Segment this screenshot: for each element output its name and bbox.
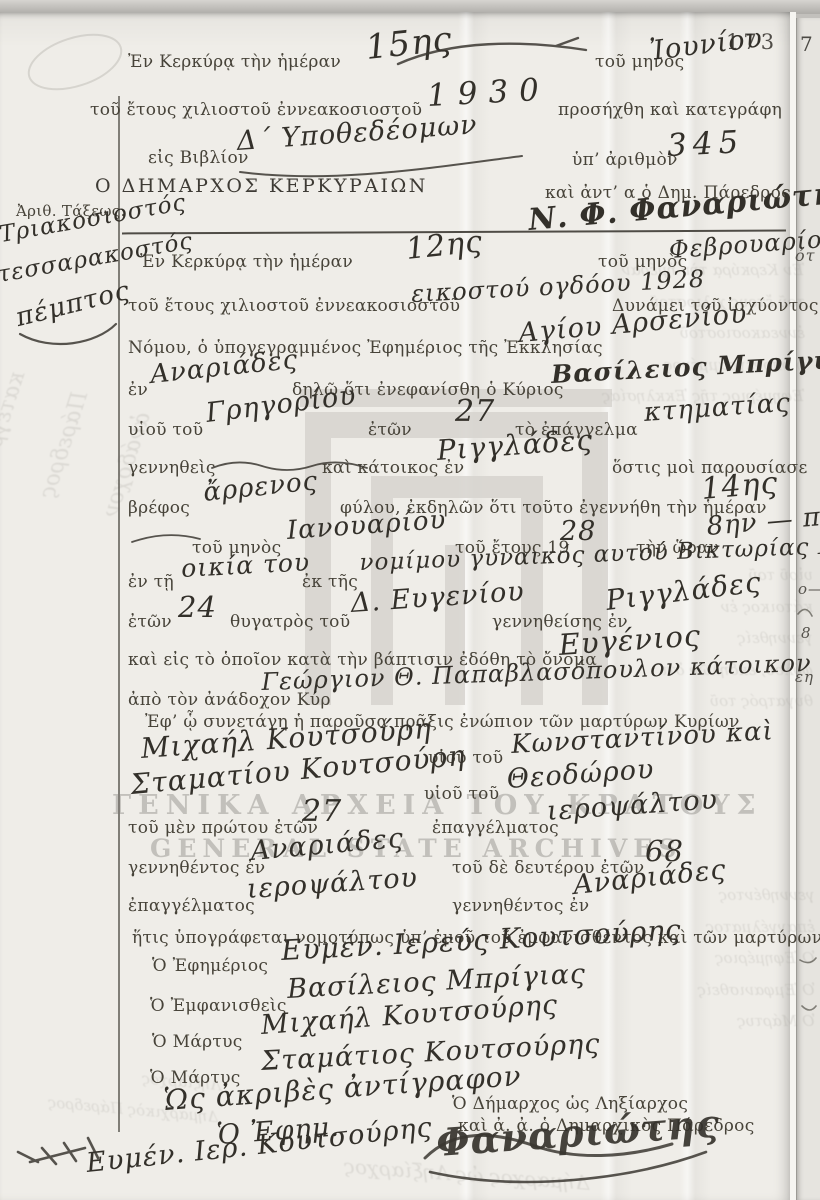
act-age-printed: ἐτῶν [368, 420, 412, 440]
scanned-register-page: Ἐν Κερκύρᾳ τὴν ἡμέραν τοῦ ἔτους χιλιοστο… [0, 0, 820, 1200]
witness1-age-handwritten: 27 [302, 794, 342, 829]
edge-ink-fragment: ο— [798, 580, 820, 598]
act-daughter-of-printed: θυγατρὸς τοῦ [230, 612, 350, 632]
reg-number-handwritten: 345 [666, 124, 745, 164]
priest-label: Ὁ Ἐφημέριος [152, 956, 268, 976]
reg-book-printed: εἰς Βιβλίον [148, 148, 249, 168]
act-son-of-printed: υἱοῦ τοῦ [128, 420, 203, 440]
act-age-handwritten: 27 [455, 394, 495, 429]
witness2-son-of-printed: υἱοῦ τοῦ [424, 784, 499, 804]
witness1-profession-printed: ἐπαγγέλματος [432, 818, 559, 838]
act-birth-day-handwritten: 14ης [700, 465, 780, 507]
act-in-printed: ἐν [128, 380, 148, 400]
act-year-printed: τοῦ ἔτους χιλιοστοῦ ἐννεακοσιοστοῦ [128, 296, 460, 316]
mayor-title: Ο ΔΗΜΑΡΧΟΣ ΚΕΡΚΥΡΑΙΩΝ [95, 175, 428, 197]
act-mother-age-printed: ἐτῶν [128, 612, 172, 632]
witness1-label: Ὁ Μάρτυς [152, 1032, 243, 1052]
reg-number-printed: ὑπ’ ἀριθμὸν [572, 150, 678, 170]
edge-ink-fragment: εη [795, 668, 814, 686]
witness1-born-printed: γεννηθέντος ἐν [128, 858, 265, 878]
act-infant-printed: βρέφος [128, 498, 190, 518]
act-born-printed: γεννηθεὶς [128, 458, 216, 478]
reg-year-handwritten: 1930 [426, 72, 551, 114]
adjacent-page-number-fragment: 7 [800, 32, 813, 56]
edge-ink-fragment: 8 [801, 624, 812, 642]
witness2-born-printed: γεννηθέντος ἐν [452, 896, 589, 916]
edge-ink-fragment: ότ [795, 246, 815, 265]
act-mother-age-handwritten: 24 [178, 590, 217, 624]
reg-recorded-printed: προσήχθη καὶ κατεγράφη [558, 100, 782, 120]
witness2-profession-printed: ἐπαγγέλματος [128, 896, 255, 916]
reg-place-date-printed: Ἐν Κερκύρᾳ τὴν ἡμέραν [128, 52, 341, 72]
act-in-the-printed: ἐν τῇ [128, 572, 174, 592]
